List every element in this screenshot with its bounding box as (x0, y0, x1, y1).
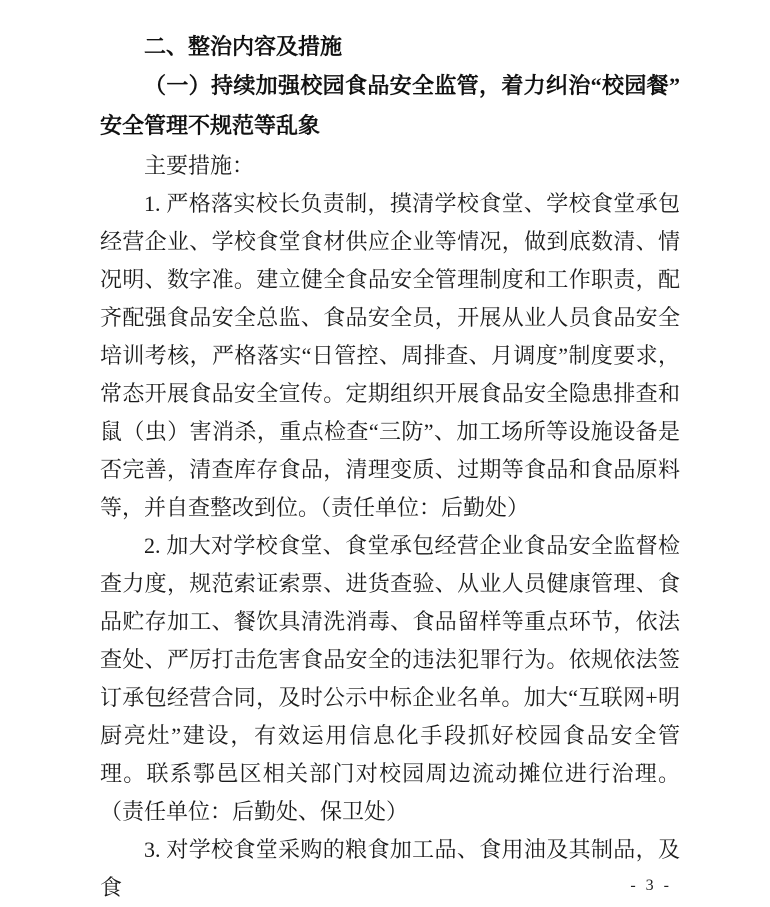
measure-paragraph-1: 1. 严格落实校长负责制，摸清学校食堂、学校食堂承包经营企业、学校食堂食材供应企… (100, 185, 680, 527)
measure-paragraph-2: 2. 加大对学校食堂、食堂承包经营企业食品安全监督检查力度，规范索证索票、进货查… (100, 527, 680, 831)
measures-label: 主要措施： (100, 146, 680, 185)
document-content: 二、整治内容及措施 （一）持续加强校园食品安全监管，着力纠治“校园餐”安全管理不… (100, 28, 680, 907)
section-heading: 二、整治内容及措施 (100, 28, 680, 66)
document-page: 二、整治内容及措施 （一）持续加强校园食品安全监管，着力纠治“校园餐”安全管理不… (0, 0, 770, 907)
measure-paragraph-3: 3. 对学校食堂采购的粮食加工品、食用油及其制品，及食 (100, 831, 680, 907)
subsection-heading: （一）持续加强校园食品安全监管，着力纠治“校园餐”安全管理不规范等乱象 (100, 66, 680, 146)
page-number: - 3 - (630, 877, 672, 895)
